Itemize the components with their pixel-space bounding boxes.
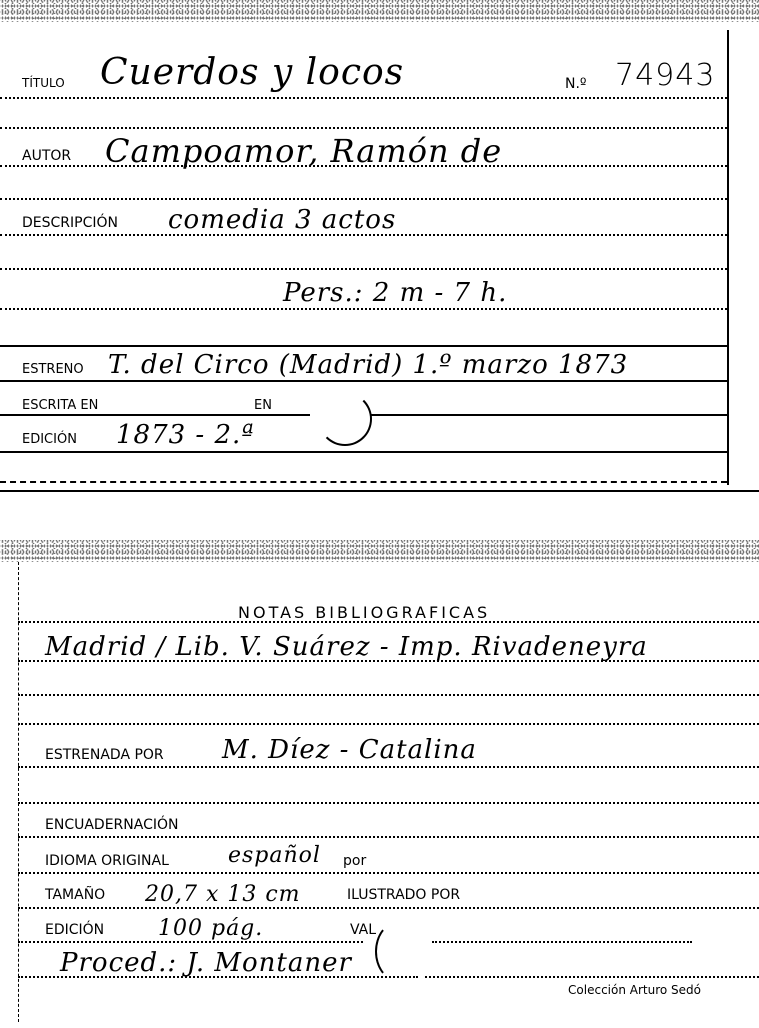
line [18,836,759,838]
stamp-mark [375,922,419,981]
edicion-back-value: 100 pág. [158,916,263,941]
estreno-value: T. del Circo (Madrid) 1.º marzo 1873 [108,350,628,380]
idioma-original-value: español [228,843,321,868]
descripcion-personajes: Pers.: 2 m - 7 h. [283,278,507,308]
ilustrado-por-label: ILUSTRADO POR [347,887,460,903]
estrenada-por-value: M. Díez - Catalina [222,735,477,765]
escrita-en-second-label: EN [254,398,272,413]
scan-edge-noise [0,0,759,22]
catalog-card-front: TÍTULO Cuerdos y locos N.º 74943 AUTOR C… [0,0,759,495]
card-bottom-edge [0,490,759,492]
scan-edge-noise [0,540,759,562]
procedencia-value: Proced.: J. Montaner [60,948,352,978]
idioma-original-label: IDIOMA ORIGINAL [45,853,169,869]
line [18,766,759,768]
line [0,127,727,129]
line [0,268,727,270]
descripcion-value: comedia 3 actos [168,205,396,235]
line [18,907,759,909]
notas-value: Madrid / Lib. V. Suárez - Imp. Rivadeney… [45,632,648,662]
line [370,414,727,416]
line [0,380,727,382]
titulo-label: TÍTULO [22,76,65,90]
escrita-en-label: ESCRITA EN [22,398,98,413]
autor-label: AUTOR [22,148,71,164]
line [0,414,310,416]
line [0,234,727,236]
line [18,872,759,874]
edicion-label: EDICIÓN [22,432,77,447]
line [18,723,759,725]
collection-credit: Colección Arturo Sedó [568,983,701,997]
line [18,694,759,696]
estrenada-por-label: ESTRENADA POR [45,747,164,763]
line [432,941,692,943]
line [18,802,759,804]
estreno-label: ESTRENO [22,362,84,377]
tamano-value: 20,7 x 13 cm [145,882,301,907]
card-border [18,562,20,1022]
card-border [727,30,729,485]
line [425,976,759,978]
line [0,165,727,167]
line [0,481,727,483]
titulo-value: Cuerdos y locos [100,52,404,93]
stamp-mark [318,392,372,446]
encuadernacion-label: ENCUADERNACIÓN [45,817,178,833]
tamano-label: TAMAÑO [45,887,105,903]
edicion-value: 1873 - 2.ª [116,420,255,450]
line [18,941,363,943]
descripcion-label: DESCRIPCIÓN [22,215,118,231]
line [18,660,759,662]
line [0,198,727,200]
val-label: VAL [350,922,376,938]
edicion-back-label: EDICIÓN [45,922,104,938]
line [0,308,727,310]
numero-value: 74943 [615,58,715,93]
line [18,976,418,978]
line [0,451,727,453]
numero-label: N.º [565,76,587,92]
notas-bibliograficas-heading: NOTAS BIBLIOGRAFICAS [238,603,490,622]
line [0,345,727,347]
line [0,97,727,99]
idioma-por-label: por [343,853,366,869]
line [18,621,759,623]
